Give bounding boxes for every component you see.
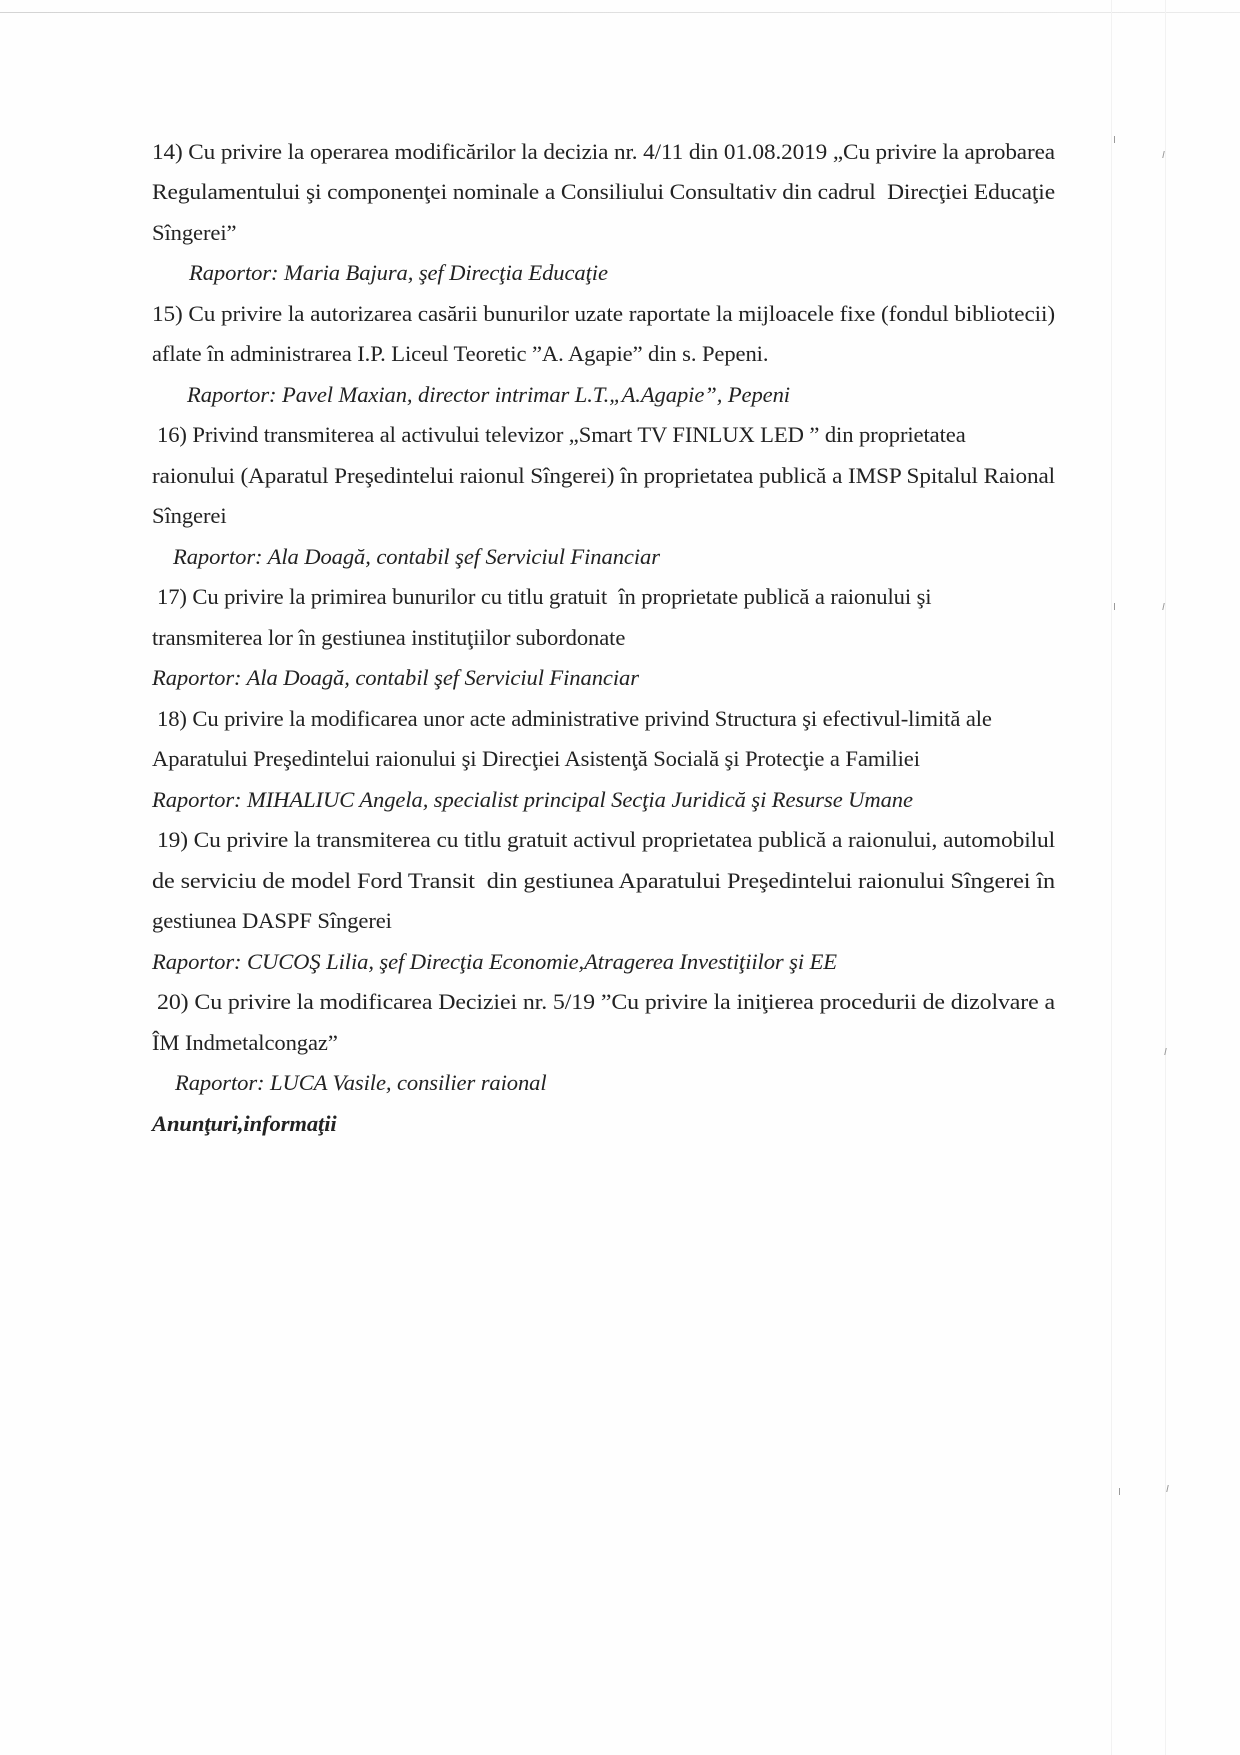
item-20-reporter: Raportor: LUCA Vasile, consilier raional bbox=[175, 1069, 547, 1097]
item-20-line-1: 20) Cu privire la modificarea Deciziei n… bbox=[157, 988, 1055, 1016]
item-15-reporter: Raportor: Pavel Maxian, director intrima… bbox=[187, 381, 790, 409]
item-15-line-1: 15) Cu privire la autorizarea casării bu… bbox=[152, 300, 1055, 328]
item-18-line-1: 18) Cu privire la modificarea unor acte … bbox=[157, 705, 992, 733]
item-19-line-2: de serviciu de model Ford Transit din ge… bbox=[152, 867, 1055, 895]
document-page: 14) Cu privire la operarea modificărilor… bbox=[0, 0, 1240, 1755]
item-15-line-2: aflate în administrarea I.P. Liceul Teor… bbox=[152, 340, 768, 368]
item-18-reporter: Raportor: MIHALIUC Angela, specialist pr… bbox=[152, 786, 913, 814]
item-20-line-2: ÎM Indmetalcongaz” bbox=[152, 1029, 338, 1057]
item-16-line-1: 16) Privind transmiterea al activului te… bbox=[157, 421, 966, 449]
item-17-line-1: 17) Cu privire la primirea bunurilor cu … bbox=[157, 583, 931, 611]
item-17-line-2: transmiterea lor în gestiunea instituţii… bbox=[152, 624, 625, 652]
scan-streak bbox=[1111, 0, 1112, 1755]
item-16-line-2: raionului (Aparatul Preşedintelui raionu… bbox=[152, 462, 1055, 490]
item-19-line-3: gestiunea DASPF Sîngerei bbox=[152, 907, 392, 935]
announcements-heading: Anunţuri,informaţii bbox=[152, 1110, 337, 1138]
scan-edge-line bbox=[0, 12, 1240, 13]
item-14-line-1: 14) Cu privire la operarea modificărilor… bbox=[152, 138, 1055, 166]
item-16-line-3: Sîngerei bbox=[152, 502, 227, 530]
item-19-line-1: 19) Cu privire la transmiterea cu titlu … bbox=[157, 826, 1055, 854]
item-14-line-3: Sîngerei” bbox=[152, 219, 236, 247]
item-18-line-2: Aparatului Preşedintelui raionului şi Di… bbox=[152, 745, 920, 773]
item-14-reporter: Raportor: Maria Bajura, şef Direcţia Edu… bbox=[189, 259, 608, 287]
item-17-reporter: Raportor: Ala Doagă, contabil şef Servic… bbox=[152, 664, 639, 692]
scan-mark bbox=[1119, 1488, 1120, 1495]
scan-mark bbox=[1114, 603, 1115, 610]
item-19-reporter: Raportor: CUCOŞ Lilia, şef Direcţia Econ… bbox=[152, 948, 837, 976]
item-16-reporter: Raportor: Ala Doagă, contabil şef Servic… bbox=[173, 543, 660, 571]
item-14-line-2: Regulamentului şi componenţei nominale a… bbox=[152, 178, 1055, 206]
scan-mark bbox=[1166, 1485, 1168, 1492]
scan-mark bbox=[1114, 136, 1115, 143]
